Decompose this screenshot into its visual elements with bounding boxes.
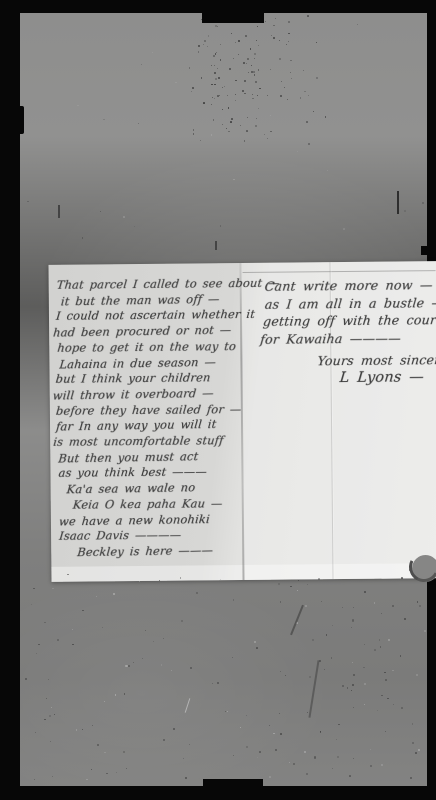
film-speckle — [415, 752, 417, 754]
film-speckle — [222, 124, 223, 125]
film-speckle — [275, 749, 277, 751]
film-speckle — [220, 44, 221, 45]
film-speckle — [381, 695, 383, 697]
film-speckle — [269, 776, 271, 778]
film-speckle — [244, 140, 246, 142]
film-speckle — [123, 751, 124, 752]
film-speckle — [91, 769, 92, 770]
film-speckle — [353, 674, 355, 676]
film-speckle — [297, 590, 298, 591]
film-speckle — [273, 37, 275, 39]
film-speckle — [25, 678, 27, 680]
film-speckle — [312, 639, 314, 641]
film-speckle — [385, 679, 387, 681]
film-speckle — [233, 58, 234, 59]
film-speckle — [364, 704, 365, 705]
film-speckle — [270, 69, 271, 70]
film-speckle — [320, 731, 321, 732]
film-speckle — [54, 714, 55, 715]
film-speckle — [304, 751, 306, 753]
film-speckle — [44, 719, 46, 721]
film-speckle — [291, 78, 292, 79]
film-speckle — [247, 117, 248, 118]
film-speckle — [72, 644, 74, 646]
film-speckle — [123, 216, 125, 218]
film-speckle — [34, 779, 36, 781]
film-speckle — [190, 667, 192, 669]
film-speckle — [208, 35, 209, 36]
film-speckle — [189, 744, 190, 745]
film-speckle — [385, 731, 386, 732]
film-speckle — [125, 665, 127, 667]
film-speckle — [213, 119, 215, 121]
film-speckle — [353, 707, 354, 708]
film-speckle — [104, 752, 106, 754]
film-speckle — [280, 95, 282, 97]
film-speckle — [76, 729, 78, 731]
film-speckle — [281, 81, 282, 82]
film-speckle — [363, 667, 365, 669]
film-speckle — [353, 758, 354, 759]
film-speckle — [412, 742, 414, 744]
film-speckle — [228, 107, 230, 109]
film-speckle — [381, 613, 382, 614]
film-speckle — [384, 672, 386, 674]
film-speckle — [27, 201, 29, 203]
handwritten-line: Keia O kea paha Kau — — [50, 496, 243, 514]
film-speckle — [404, 618, 406, 620]
letter-page-right: Cant write more now — as I am all in a b… — [240, 261, 436, 580]
film-speckle — [257, 26, 258, 27]
film-speckle — [313, 111, 314, 112]
film-speckle — [347, 687, 349, 689]
film-speckle — [191, 91, 192, 92]
film-speckle — [257, 95, 259, 97]
film-speckle — [253, 71, 255, 73]
film-speckle — [349, 775, 351, 777]
film-speckle — [193, 129, 194, 130]
film-speckle — [280, 671, 282, 673]
film-speckle — [133, 662, 134, 663]
letter-signature: L Lyons — — [339, 369, 436, 387]
film-speckle — [290, 60, 292, 62]
film-speckle — [96, 596, 97, 597]
film-notch-top — [202, 13, 264, 23]
film-speckle — [285, 675, 286, 676]
film-speckle — [417, 601, 419, 603]
film-speckle — [290, 72, 291, 73]
film-speckle — [267, 95, 268, 96]
film-speckle — [163, 638, 164, 639]
film-speckle — [198, 45, 200, 47]
film-speckle — [227, 711, 229, 713]
film-speckle — [279, 713, 281, 715]
film-speckle — [106, 773, 108, 775]
film-speckle — [72, 629, 73, 630]
film-speckle — [225, 711, 226, 712]
film-speckle — [254, 74, 256, 76]
film-speckle — [238, 54, 239, 55]
handwritten-line: getting off with the courts — [254, 311, 436, 330]
film-speckle — [306, 773, 308, 775]
film-speckle — [258, 45, 259, 46]
film-speckle — [222, 109, 223, 110]
film-speckle — [320, 731, 321, 732]
film-speckle — [38, 644, 39, 645]
film-speckle — [254, 53, 256, 55]
film-speckle — [201, 77, 203, 79]
film-speckle — [286, 44, 287, 45]
film-edge-nub-right — [421, 246, 428, 255]
film-speckle — [126, 768, 127, 769]
film-speckle — [161, 664, 162, 665]
film-speckle — [213, 55, 215, 57]
film-speckle — [185, 777, 187, 779]
film-speckle — [153, 641, 154, 642]
film-speckle — [86, 779, 87, 780]
film-speckle — [242, 90, 244, 92]
film-speckle — [303, 70, 305, 72]
film-speckle — [326, 634, 327, 635]
film-speckle — [246, 746, 248, 748]
film-speckle — [336, 739, 337, 740]
film-speckle — [175, 82, 177, 84]
film-speckle — [377, 710, 378, 711]
film-speckle — [252, 94, 253, 95]
film-speckle — [211, 104, 212, 105]
film-speckle — [265, 21, 266, 22]
film-speckle — [338, 724, 340, 726]
film-speckle — [200, 140, 201, 141]
film-speckle — [353, 607, 354, 608]
film-speckle — [128, 665, 130, 667]
film-speckle — [284, 87, 285, 88]
film-speckle — [49, 715, 51, 717]
film-speckle — [222, 87, 223, 88]
film-speckle — [300, 97, 302, 99]
film-speckle — [259, 88, 261, 90]
film-speckle — [103, 119, 104, 120]
film-speckle — [279, 58, 281, 60]
film-speckle — [252, 98, 254, 100]
film-speckle — [35, 732, 36, 733]
film-speckle — [337, 756, 339, 758]
film-speckle — [364, 683, 366, 685]
film-speckle — [173, 728, 175, 730]
film-speckle — [215, 53, 217, 55]
film-speckle — [305, 605, 307, 607]
film-speckle — [351, 627, 352, 628]
film-speckle — [393, 704, 394, 705]
film-speckle — [259, 751, 261, 753]
film-speckle — [314, 756, 316, 758]
film-speckle — [163, 739, 165, 741]
film-speckle — [77, 105, 78, 106]
handwritten-line: for Kawaiha ———— — [254, 329, 436, 348]
film-speckle — [46, 698, 47, 699]
film-speckle — [351, 690, 352, 691]
film-speckle — [270, 115, 271, 116]
film-speckle — [418, 749, 420, 751]
film-speckle — [207, 46, 208, 47]
film-speckle — [215, 78, 217, 80]
film-speckle — [240, 727, 241, 728]
film-speckle — [392, 605, 394, 607]
film-speckle — [275, 18, 276, 19]
film-speckle — [258, 69, 260, 71]
film-speckle — [52, 776, 53, 777]
film-speckle — [410, 777, 412, 779]
film-speckle — [374, 649, 376, 651]
film-speckle — [216, 52, 217, 53]
film-speckle — [57, 639, 59, 641]
film-speckle — [31, 604, 32, 605]
film-speckle — [246, 715, 247, 716]
film-speckle — [412, 723, 414, 725]
film-speckle — [246, 130, 248, 132]
film-speckle — [82, 729, 83, 730]
film-speckle — [217, 682, 219, 684]
film-speckle — [352, 662, 353, 663]
film-speckle — [304, 91, 306, 93]
film-speckle — [331, 657, 333, 659]
letter-paper: That parcel I called to see about — it b… — [48, 261, 436, 582]
film-speckle — [424, 630, 426, 632]
film-speckle — [193, 133, 194, 134]
film-speckle — [264, 134, 265, 135]
film-speckle — [309, 676, 311, 678]
film-speckle — [214, 98, 215, 99]
film-speckle — [189, 67, 191, 69]
film-speckle — [113, 593, 115, 595]
film-speckle — [214, 72, 216, 74]
film-speckle — [214, 84, 216, 86]
film-speckle — [215, 25, 217, 27]
film-speckle — [257, 757, 258, 758]
handwritten-line: Beckley is here ——— — [50, 542, 244, 561]
film-speckle — [97, 744, 99, 746]
film-speckle — [307, 712, 308, 713]
film-speckle — [50, 741, 51, 742]
film-speckle — [388, 639, 390, 641]
film-speckle — [231, 118, 233, 120]
film-speckle — [332, 625, 333, 626]
film-speckle — [217, 68, 219, 70]
film-speckle — [248, 72, 249, 73]
film-speckle — [256, 40, 257, 41]
film-speckle — [232, 657, 233, 658]
film-speckle — [211, 134, 212, 135]
film-speckle — [352, 619, 354, 621]
film-speckle — [44, 622, 46, 624]
film-speckle — [139, 581, 140, 582]
film-speckle — [364, 644, 365, 645]
film-notch-bottom — [203, 779, 263, 800]
film-speckle — [33, 588, 35, 590]
film-speckle — [211, 65, 212, 66]
film-speckle — [289, 762, 290, 763]
film-speckle — [255, 125, 257, 127]
film-speckle — [104, 701, 105, 702]
film-speckle — [251, 65, 252, 66]
film-speckle — [115, 694, 117, 696]
film-speckle — [212, 683, 213, 684]
film-speckle — [235, 80, 236, 81]
film-speckle — [246, 63, 248, 65]
film-speckle — [218, 77, 220, 79]
film-speckle — [51, 707, 52, 708]
film-speckle — [293, 763, 295, 765]
film-speckle — [92, 725, 93, 726]
film-speckle — [102, 627, 103, 628]
film-speckle — [233, 755, 234, 756]
film-speckle — [220, 225, 221, 226]
film-speckle — [212, 97, 214, 99]
film-speckle — [357, 24, 358, 25]
film-speckle — [267, 138, 268, 139]
film-speckle — [256, 118, 257, 119]
film-speckle — [214, 65, 215, 66]
film-speckle — [230, 121, 232, 123]
film-speckle — [280, 733, 282, 735]
film-speckle — [364, 591, 366, 593]
film-speckle — [233, 179, 235, 181]
film-speckle — [374, 602, 376, 604]
film-speckle — [82, 610, 84, 612]
film-speckle — [243, 62, 245, 64]
film-speckle — [273, 25, 275, 27]
microfilm-frame: That parcel I called to see about — it b… — [0, 0, 436, 800]
film-speckle — [233, 599, 235, 601]
film-speckle — [211, 84, 213, 86]
film-speckle — [321, 601, 322, 602]
letter-page-left: That parcel I called to see about — it b… — [48, 263, 243, 582]
film-speckle — [279, 40, 280, 41]
film-speckle — [238, 40, 239, 41]
film-speckle — [134, 226, 135, 227]
film-speckle — [250, 48, 252, 50]
film-speckle — [332, 768, 333, 769]
film-speckle — [145, 630, 146, 631]
film-speckle — [235, 94, 236, 95]
handwritten-line: hope to get it on the way to — [49, 339, 242, 357]
film-speckle — [255, 81, 257, 83]
film-speckle — [141, 64, 142, 65]
film-speckle — [308, 143, 310, 145]
film-speckle — [297, 151, 299, 153]
film-speckle — [228, 131, 230, 133]
film-speckle — [419, 605, 421, 607]
film-speckle — [36, 653, 37, 654]
film-speckle — [288, 41, 289, 42]
film-speckle — [217, 95, 219, 97]
film-speckle — [235, 42, 236, 43]
film-speckle — [342, 685, 344, 687]
film-speckle — [219, 95, 220, 96]
film-speckle — [307, 15, 309, 17]
film-speckle — [235, 100, 236, 101]
film-speckle — [370, 765, 372, 767]
film-speckle — [229, 68, 231, 70]
film-speckle — [381, 764, 383, 766]
film-speckle — [251, 71, 253, 73]
film-speckle — [203, 44, 204, 45]
film-speckle — [231, 33, 232, 34]
film-speckle — [142, 658, 143, 659]
film-speckle — [48, 679, 49, 680]
film-speckle — [244, 80, 246, 82]
film-speckle — [307, 584, 308, 585]
handwritten-line: Cant write more now — — [254, 276, 436, 295]
film-speckle — [308, 95, 309, 96]
film-speckle — [416, 674, 418, 676]
film-speckle — [116, 772, 118, 774]
film-speckle — [380, 646, 381, 647]
film-speckle — [220, 59, 222, 61]
film-speckle — [226, 128, 228, 130]
film-speckle — [400, 655, 402, 657]
film-speckle — [224, 86, 225, 87]
film-speckle — [316, 42, 317, 43]
film-speckle — [245, 35, 247, 37]
film-speckle — [392, 670, 394, 672]
film-speckle — [319, 660, 321, 662]
film-speckle — [306, 121, 308, 123]
film-speckle — [379, 639, 381, 641]
film-speckle — [316, 77, 318, 79]
film-speckle — [401, 707, 403, 709]
film-speckle — [217, 26, 219, 28]
film-speckle — [100, 211, 101, 212]
film-speckle — [256, 647, 258, 649]
film-speckle — [196, 592, 198, 594]
film-speckle — [324, 669, 325, 670]
film-edge-nub-left — [16, 106, 24, 134]
film-speckle — [342, 607, 343, 608]
film-speckle — [183, 758, 184, 759]
film-speckle — [247, 58, 249, 60]
film-speckle — [192, 87, 194, 89]
film-speckle — [269, 725, 270, 726]
film-speckle — [198, 51, 200, 53]
film-speckle — [258, 108, 259, 109]
film-speckle — [138, 123, 139, 124]
film-speckle — [227, 95, 228, 96]
film-speckle — [254, 641, 256, 643]
film-speckle — [288, 33, 289, 34]
film-speckle — [181, 620, 183, 622]
film-speckle — [327, 170, 328, 171]
film-speckle — [370, 749, 372, 751]
film-speckle — [244, 93, 246, 95]
film-speckle — [152, 52, 153, 53]
film-speckle — [204, 40, 206, 42]
film-speckle — [280, 601, 281, 602]
letter-closing: Yours most sincerely — [317, 351, 436, 370]
film-speckle — [287, 99, 288, 100]
film-speckle — [52, 588, 54, 590]
film-speckle — [270, 131, 272, 133]
film-speckle — [82, 237, 84, 239]
handwritten-line: as I am all in a bustle — — [254, 294, 436, 313]
film-speckle — [296, 622, 298, 624]
film-speckle — [422, 202, 424, 204]
film-speckle — [343, 228, 345, 230]
film-speckle — [254, 58, 256, 60]
film-speckle — [124, 693, 125, 694]
film-speckle — [288, 21, 290, 23]
film-speckle — [273, 733, 274, 734]
